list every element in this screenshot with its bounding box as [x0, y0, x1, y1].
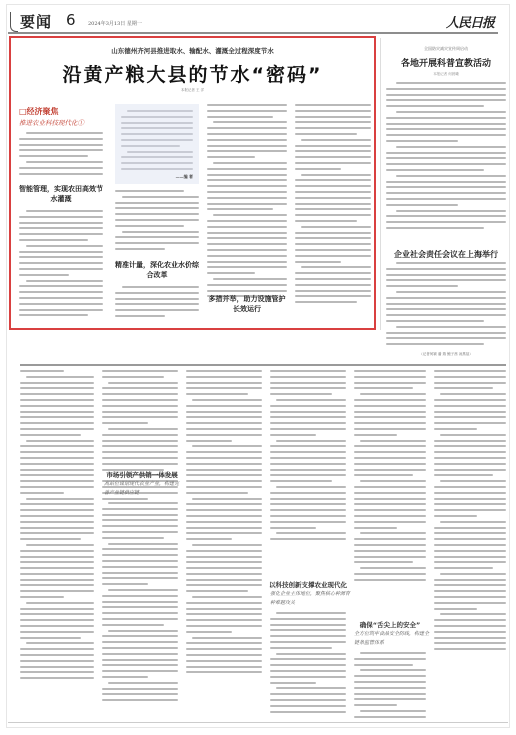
body-text-col2a [115, 190, 199, 256]
article-kicker: 山东德州齐河县推进取水、输配水、灌溉全过程深度节水 [11, 46, 374, 55]
section-bracket [10, 12, 18, 32]
lower-subhead-1-sub: 高站位谋划现代农业产业，构建完善产业链供应链 [104, 480, 182, 498]
sidebar-story2-headline[interactable]: 企业社会责任会议在上海举行 [384, 249, 508, 260]
body-text-col2b [115, 286, 199, 326]
body-text-col3 [207, 104, 287, 324]
highlighted-feature-article[interactable]: 山东德州齐河县推进取水、输配水、灌溉全过程深度节水 沿黄产粮大县的节水“密码” … [9, 36, 376, 330]
lower-col4b [270, 612, 346, 720]
page-number: 6 [66, 11, 76, 29]
sidebar-story2-body [386, 262, 506, 348]
series-tag: □经济聚焦 [19, 106, 59, 117]
lower-subhead-3-sub: 全方位筑牢食品安全防线，构建全链条监管体系 [354, 630, 430, 648]
sidebar-story2-footer: （记者何颖 潘 瑞 鲍子茜 汤燕蓓） [384, 352, 508, 357]
editor-note-box: ——编 者 [115, 104, 199, 184]
lower-subhead-3: 确保“舌尖上的安全” [350, 620, 430, 629]
lower-col3 [186, 370, 262, 720]
lower-col6 [434, 370, 506, 720]
lower-col4a [270, 370, 346, 570]
lower-col5a [354, 370, 426, 620]
lower-subhead-2: 以科技创新支撑农业现代化 [266, 580, 350, 589]
subhead-3: 多措并举，助力设施管护长效运行 [207, 294, 287, 314]
subhead-1: 智能管理，实现农田高效节水灌溉 [19, 184, 103, 204]
section-divider [20, 364, 506, 366]
newspaper-logo: 人民日报 [446, 12, 494, 31]
series-subtitle: 推进农业科技现代化① [19, 118, 84, 127]
editor-signature: ——编 者 [176, 174, 193, 180]
lower-subhead-1: 市场引领产供销一体发展 [102, 470, 182, 479]
page-bottom-rule [8, 722, 508, 723]
page-masthead: 要闻 6 2024年3月13日 星期一 人民日报 [8, 6, 498, 34]
section-title: 要闻 [20, 11, 52, 32]
column-divider [380, 38, 381, 330]
sidebar-story1-kicker: 全国防灾减灾宣传周启动 [384, 46, 508, 52]
body-text-col1b [19, 210, 103, 326]
sidebar-story1-body [386, 82, 506, 244]
body-text-col4 [295, 104, 371, 326]
sidebar-story1-byline: 本报记者 何晨曦 [384, 72, 508, 77]
lower-col1 [20, 370, 94, 720]
article-headline: 沿黄产粮大县的节水“密码” [11, 60, 374, 87]
sidebar-story1-headline[interactable]: 各地开展科普宣教活动 [384, 56, 508, 69]
issue-date: 2024年3月13日 星期一 [88, 20, 142, 27]
lower-col5b [354, 652, 426, 720]
lower-subhead-2-sub: 强化企业主体地位，聚焦核心种源育种难题攻关 [270, 590, 350, 608]
article-byline: 本报记者 王 洋 [11, 88, 374, 93]
body-text-col1a [19, 132, 103, 180]
lower-col2b [102, 502, 178, 720]
subhead-2: 精准计量，深化农业水价综合改革 [115, 260, 199, 280]
